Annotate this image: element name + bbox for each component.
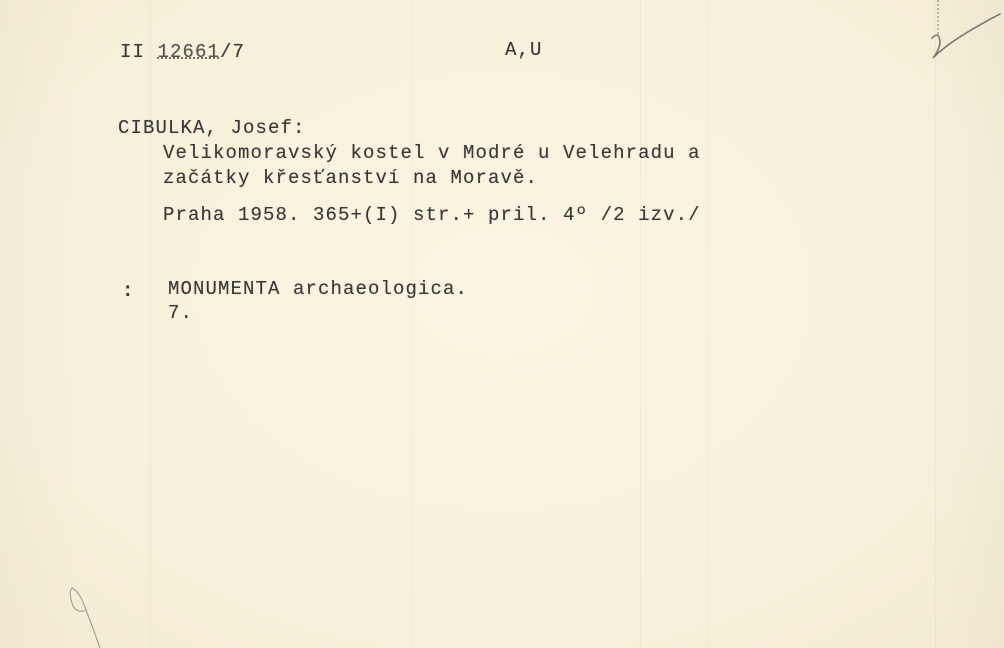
paper-fibre xyxy=(640,0,641,648)
imprint: Praha 1958. 365+(I) str.+ pril. 4º /2 iz… xyxy=(163,206,701,225)
series-name: MONUMENTA archaeologica. xyxy=(168,280,468,299)
title-line-2: začátky křesťanství na Moravě. xyxy=(163,169,538,188)
title-line-1: Velikomoravský kostel v Modré u Velehrad… xyxy=(163,144,701,163)
catalog-card: II 12661/7 A,U CIBULKA, Josef: Velikomor… xyxy=(0,0,1004,648)
paper-fibre xyxy=(708,0,709,648)
paper-fibre xyxy=(935,0,936,648)
call-number-value: 12661 xyxy=(158,41,221,63)
series-marker: : xyxy=(122,282,135,301)
paper-fibre xyxy=(412,0,413,648)
series-volume: 7. xyxy=(168,304,193,323)
checkmark-icon xyxy=(920,0,1004,70)
paper-fibre xyxy=(150,0,151,648)
call-number-prefix: II xyxy=(120,41,158,63)
call-number: II 12661/7 xyxy=(120,43,245,62)
author-heading: CIBULKA, Josef: xyxy=(118,119,306,138)
call-number-suffix: /7 xyxy=(220,41,245,63)
location-codes: A,U xyxy=(505,41,543,60)
pencil-loop-icon xyxy=(60,580,110,648)
